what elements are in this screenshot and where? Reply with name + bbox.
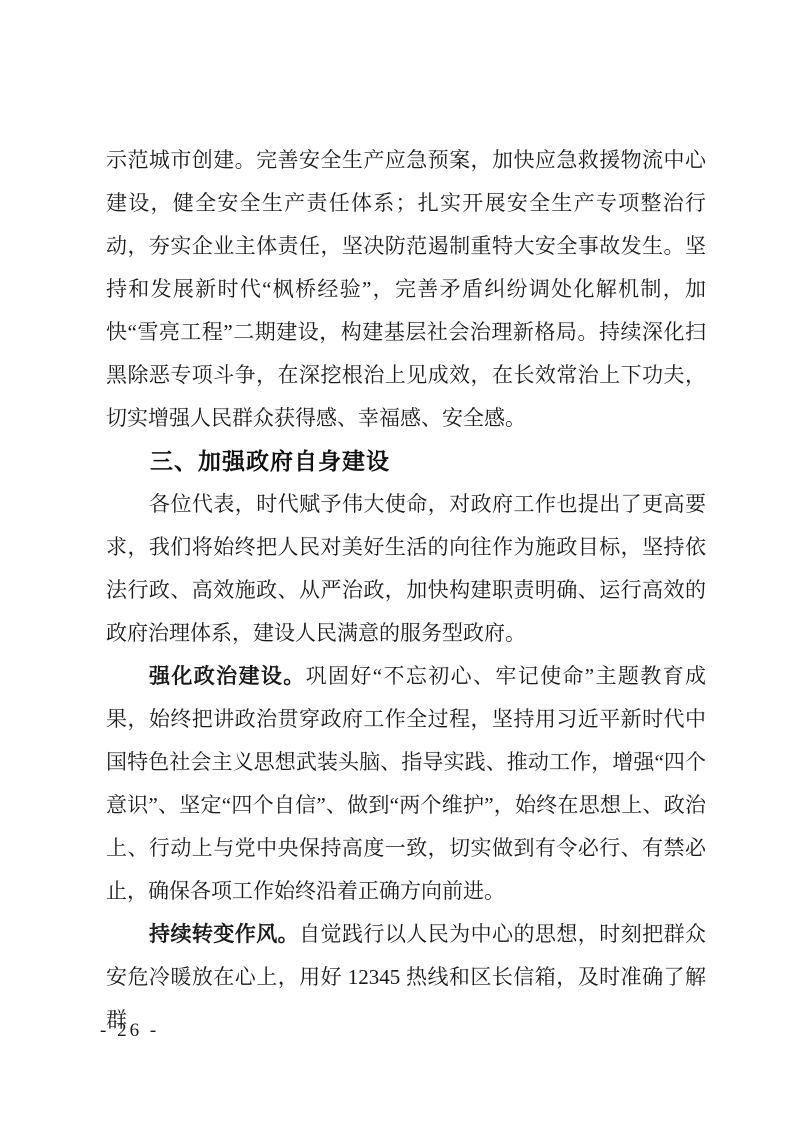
paragraph: 示范城市创建。完善安全生产应急预案，加快应急救援物流中心建设，健全安全生产责任体…: [106, 139, 706, 440]
paragraph-text: 各位代表，时代赋予伟大使命，对政府工作也提出了更高要求，我们将始终把人民对美好生…: [106, 492, 706, 645]
paragraph: 强化政治建设。巩固好“不忘初心、牢记使命”主题教育成果，始终把讲政治贯穿政府工作…: [106, 655, 706, 913]
paragraph-text: 巩固好“不忘初心、牢记使命”主题教育成果，始终把讲政治贯穿政府工作全过程，坚持用…: [106, 664, 706, 903]
paragraph-lead: 强化政治建设。: [149, 664, 306, 688]
text-block: 示范城市创建。完善安全生产应急预案，加快应急救援物流中心建设，健全安全生产责任体…: [106, 139, 706, 1042]
paragraph: 持续转变作风。自觉践行以人民为中心的思想，时刻把群众安危冷暖放在心上，用好 12…: [106, 913, 706, 1042]
page-number: - 26 -: [100, 1020, 159, 1042]
paragraph-lead: 持续转变作风。: [149, 922, 299, 946]
paragraph: 各位代表，时代赋予伟大使命，对政府工作也提出了更高要求，我们将始终把人民对美好生…: [106, 483, 706, 655]
section-heading: 三、加强政府自身建设: [106, 440, 706, 483]
paragraph-text: 示范城市创建。完善安全生产应急预案，加快应急救援物流中心建设，健全安全生产责任体…: [106, 148, 706, 430]
document-page: 示范城市创建。完善安全生产应急预案，加快应急救援物流中心建设，健全安全生产责任体…: [0, 0, 793, 1122]
